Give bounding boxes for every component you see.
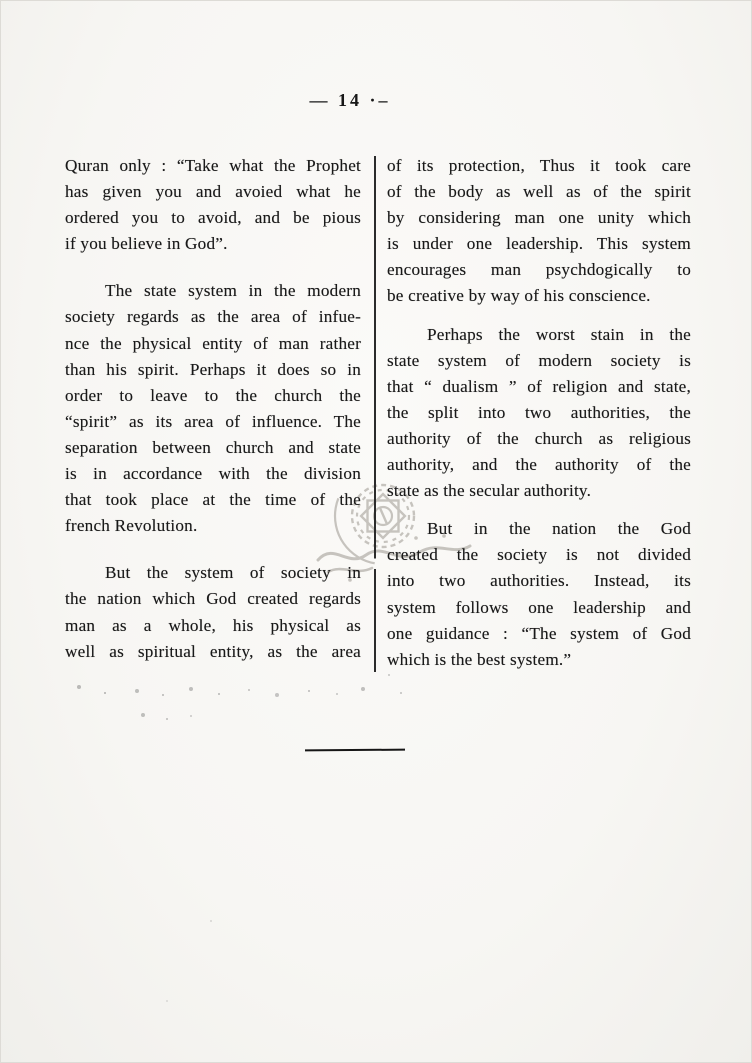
scanned-document-page: — 14 ·– Quran only : “Take what the Prop… [0, 0, 752, 1063]
text-line: man as a whole, his physical as [65, 613, 361, 639]
text-line: by considering man one unity which [387, 205, 691, 231]
text-line: the split into two authorities, the [387, 400, 691, 426]
text-line: separation between church and state [65, 435, 361, 461]
column-divider-rule [374, 156, 376, 672]
left-column: Quran only : “Take what the Prophethas g… [65, 153, 361, 685]
text-line: of its protection, Thus it took care [387, 153, 691, 179]
text-line: order to leave to the church the [65, 383, 361, 409]
text-line: authority, and the authority of the [387, 452, 691, 478]
text-line: ordered you to avoid, and be pious [65, 205, 361, 231]
text-line: The state system in the modern [65, 278, 361, 304]
paragraph: But in the nation the Godcreated the soc… [387, 516, 691, 673]
text-line: Quran only : “Take what the Prophet [65, 153, 361, 179]
text-line: state system of modern society is [387, 348, 691, 374]
text-line: the nation which God created regards [65, 586, 361, 612]
text-line: authority of the church as religious [387, 426, 691, 452]
text-line: has given you and avoied what he [65, 179, 361, 205]
two-column-text-block: Quran only : “Take what the Prophethas g… [65, 153, 691, 685]
text-line: of the body as well as of the spirit [387, 179, 691, 205]
text-line: But in the nation the God [387, 516, 691, 542]
text-line: created the society is not divided [387, 542, 691, 568]
text-line: one guidance : “The system of God [387, 621, 691, 647]
text-line: system follows one leadership and [387, 595, 691, 621]
text-line: “spirit” as its area of influence. The [65, 409, 361, 435]
right-column: of its protection, Thus it took careof t… [387, 153, 691, 685]
text-line: is in accordance with the division [65, 461, 361, 487]
paragraph: of its protection, Thus it took careof t… [387, 153, 691, 310]
text-line: into two authorities. Instead, its [387, 568, 691, 594]
text-line: that “ dualism ” of religion and state, [387, 374, 691, 400]
text-line: society regards as the area of infue- [65, 304, 361, 330]
text-line: be creative by way of his conscience. [387, 283, 691, 309]
text-line: But the system of society in [65, 560, 361, 586]
paragraph: Quran only : “Take what the Prophethas g… [65, 153, 361, 257]
text-line: if you believe in God”. [65, 231, 361, 257]
section-end-rule [305, 749, 405, 752]
text-line: that took place at the time of the [65, 487, 361, 513]
text-line: nce the physical entity of man rather [65, 331, 361, 357]
text-line: state as the secular authority. [387, 478, 691, 504]
text-line: well as spiritual entity, as the area [65, 639, 361, 665]
page-number: — 14 ·– [0, 90, 726, 111]
paragraph: But the system of society inthe nation w… [65, 560, 361, 664]
text-line: which is the best system.” [387, 647, 691, 673]
paragraph: Perhaps the worst stain in thestate syst… [387, 322, 691, 505]
text-line: encourages man psychdogically to [387, 257, 691, 283]
text-line: Perhaps the worst stain in the [387, 322, 691, 348]
text-line: is under one leadership. This system [387, 231, 691, 257]
text-line: french Revolution. [65, 513, 361, 539]
paragraph: The state system in the modernsociety re… [65, 278, 361, 539]
text-line: than his spirit. Perhaps it does so in [65, 357, 361, 383]
